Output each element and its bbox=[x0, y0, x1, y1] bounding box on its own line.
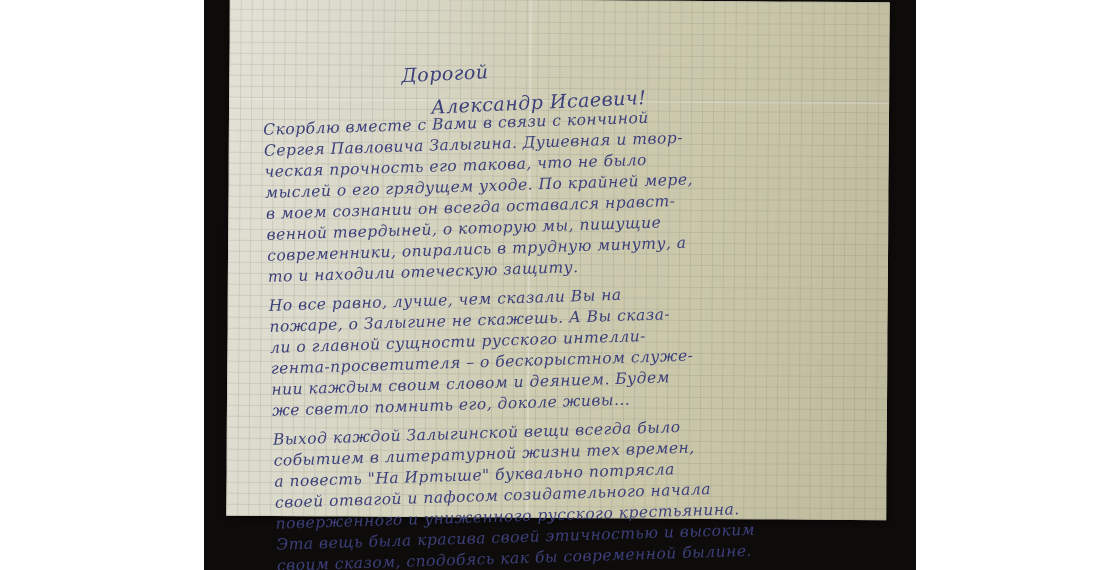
salutation-line-1: Дорогой bbox=[401, 61, 489, 87]
letter-body: Скорблю вместе с Вами в связи с кончиной… bbox=[263, 105, 756, 570]
letter-paper: Дорогой Александр Исаевич! Скорблю вмест… bbox=[226, 0, 890, 520]
